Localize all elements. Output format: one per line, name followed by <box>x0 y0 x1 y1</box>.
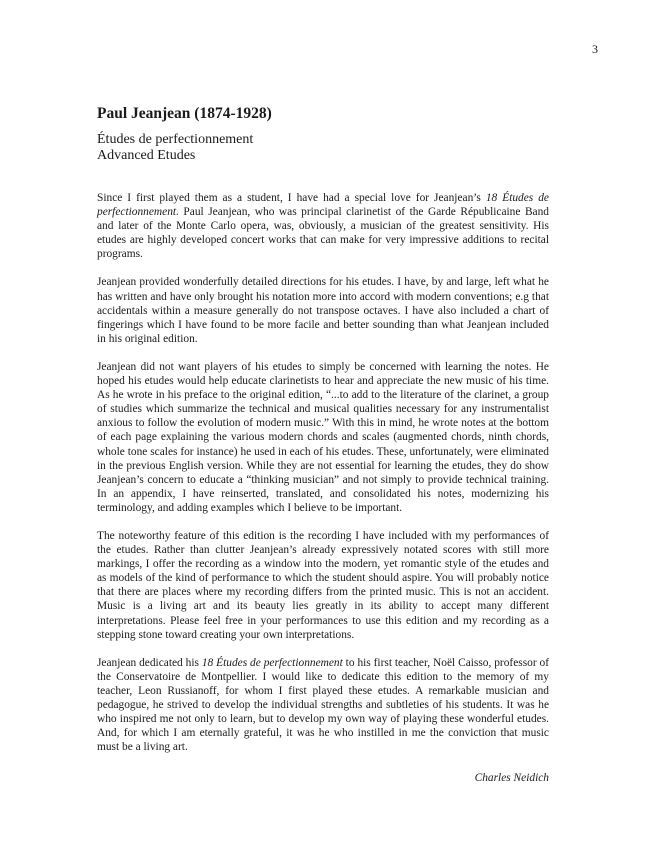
text-segment: to his first teacher, Noël Caisso, profe… <box>97 657 549 754</box>
subtitle: Études de perfectionnement Advanced Etud… <box>97 132 549 164</box>
italic-title: 18 Études de perfectionnement <box>202 657 343 669</box>
text-segment: Jeanjean dedicated his <box>97 657 202 669</box>
document-content: Paul Jeanjean (1874-1928) Études de perf… <box>97 105 549 784</box>
paragraph: Jeanjean dedicated his 18 Études de perf… <box>97 656 549 755</box>
page-title: Paul Jeanjean (1874-1928) <box>97 105 549 123</box>
body-text: Since I first played them as a student, … <box>97 191 549 784</box>
text-segment: Jeanjean did not want players of his etu… <box>97 361 549 514</box>
paragraph: Since I first played them as a student, … <box>97 191 549 261</box>
text-segment: The noteworthy feature of this edition i… <box>97 530 549 641</box>
paragraph: Jeanjean provided wonderfully detailed d… <box>97 275 549 345</box>
paragraph: The noteworthy feature of this edition i… <box>97 529 549 642</box>
text-segment: Jeanjean provided wonderfully detailed d… <box>97 276 549 344</box>
page-number: 3 <box>592 42 598 57</box>
signature: Charles Neidich <box>97 772 549 784</box>
text-segment: Since I first played them as a student, … <box>97 192 486 204</box>
subtitle-french: Études de perfectionnement <box>97 132 549 148</box>
subtitle-english: Advanced Etudes <box>97 148 549 164</box>
paragraph: Jeanjean did not want players of his etu… <box>97 360 549 515</box>
